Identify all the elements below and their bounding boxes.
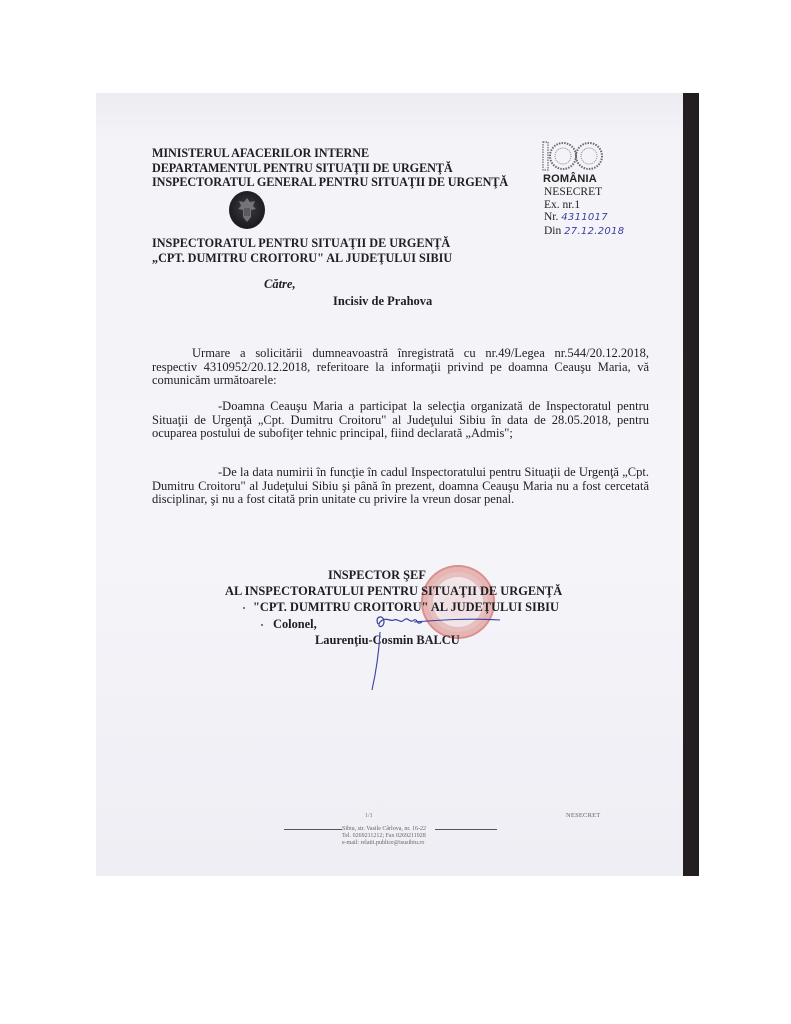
footer-rule	[435, 829, 497, 830]
page-number: 1/1	[365, 813, 373, 819]
romania-logo-text: ROMÂNIA	[543, 173, 597, 185]
header-line: INSPECTORATUL GENERAL PENTRU SITUAŢII DE…	[152, 175, 508, 190]
body-paragraph: Urmare a solicitării dumneavoastră înreg…	[152, 347, 649, 388]
signature-title: INSPECTOR ŞEF	[328, 568, 426, 583]
contact-line: Tel. 0269211212; Fax 0269211928	[342, 833, 426, 840]
footer-rule	[284, 829, 342, 830]
signatory-rank: Colonel,	[273, 617, 317, 632]
salutation: Către,	[264, 277, 296, 292]
body-paragraph: -De la data numirii în funcţie în cadul …	[152, 466, 649, 507]
classification-label: NESECRET	[544, 186, 624, 199]
body-paragraph: -Doamna Ceauşu Maria a participat la sel…	[152, 400, 649, 441]
signature-title: AL INSPECTORATULUI PENTRU SITUAŢII DE UR…	[225, 584, 562, 599]
scan-speck	[261, 624, 263, 626]
email-line: e-mail: relatii.publice@isusibiu.ro	[342, 840, 426, 847]
date-label: Din	[544, 225, 561, 237]
unit-header: INSPECTORATUL PENTRU SITUAŢII DE URGENŢĂ…	[152, 236, 452, 265]
number-label: Nr.	[544, 211, 558, 223]
romania-100-logo-icon	[541, 140, 605, 172]
registration-box: NESECRET Ex. nr.1 Nr. 4311017 Din 27.12.…	[544, 186, 624, 238]
footer-address: Sibiu, str. Vasile Cârlova, nr. 16-22 Te…	[342, 826, 426, 848]
footer-classification: NESECRET	[566, 812, 600, 819]
scan-border-edge	[683, 93, 699, 876]
scan-speck	[243, 607, 245, 609]
coat-of-arms-icon	[229, 191, 265, 229]
header-line: DEPARTAMENTUL PENTRU SITUAŢII DE URGENŢĂ	[152, 161, 508, 176]
unit-line: „CPT. DUMITRU CROITORU" AL JUDEŢULUI SIB…	[152, 251, 452, 266]
header-line: MINISTERUL AFACERILOR INTERNE	[152, 146, 508, 161]
unit-line: INSPECTORATUL PENTRU SITUAŢII DE URGENŢĂ	[152, 236, 452, 251]
handwritten-signature-icon	[370, 612, 510, 697]
number-value: 4311017	[561, 212, 608, 223]
registration-number: Nr. 4311017	[544, 211, 624, 225]
registration-date: Din 27.12.2018	[544, 225, 624, 239]
copy-number: Ex. nr.1	[544, 199, 624, 212]
recipient: Incisiv de Prahova	[333, 294, 432, 309]
ministry-header: MINISTERUL AFACERILOR INTERNE DEPARTAMEN…	[152, 146, 508, 190]
date-value: 27.12.2018	[564, 226, 624, 237]
address-line: Sibiu, str. Vasile Cârlova, nr. 16-22	[342, 826, 426, 833]
